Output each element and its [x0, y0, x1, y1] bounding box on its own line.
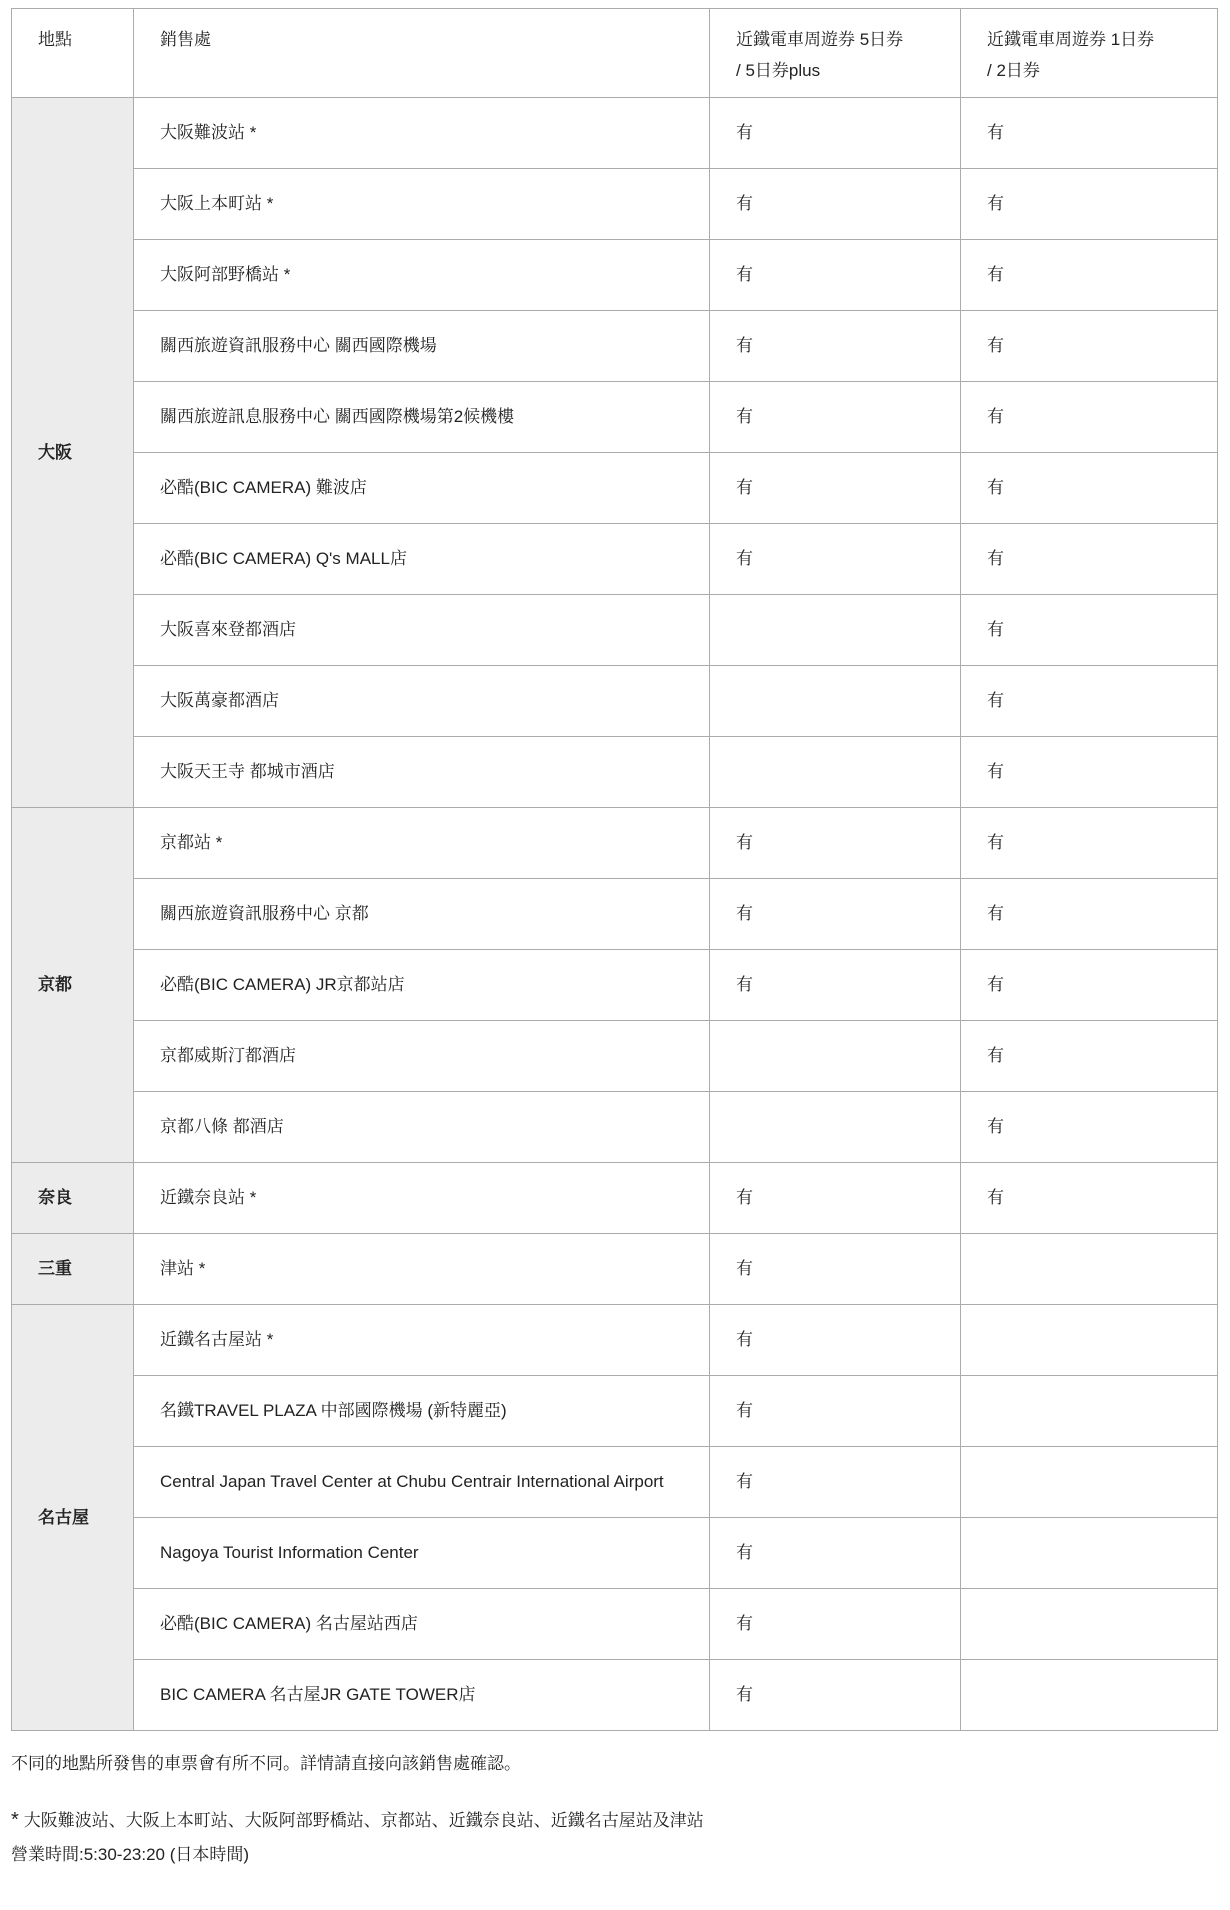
pass5-availability-cell — [710, 595, 961, 666]
sales-office-cell: 大阪喜來登都酒店 — [134, 595, 710, 666]
sales-locations-table: 地點 銷售處 近鐵電車周遊券 5日券 / 5日券plus 近鐵電車周遊券 1日券… — [11, 8, 1218, 1731]
pass1-availability-cell: 有 — [961, 1021, 1218, 1092]
pass5-availability-cell — [710, 737, 961, 808]
pass5-availability-cell: 有 — [710, 1589, 961, 1660]
sales-office-cell: 名鐵TRAVEL PLAZA 中部國際機場 (新特麗亞) — [134, 1376, 710, 1447]
pass1-availability-cell: 有 — [961, 169, 1218, 240]
table-row: 大阪阿部野橋站 *有有 — [12, 240, 1218, 311]
sales-office-cell: 必酷(BIC CAMERA) Q's MALL店 — [134, 524, 710, 595]
table-row: 奈良近鐵奈良站 *有有 — [12, 1163, 1218, 1234]
sales-table-body: 大阪大阪難波站 *有有大阪上本町站 *有有大阪阿部野橋站 *有有關西旅遊資訊服務… — [12, 98, 1218, 1731]
sales-office-cell: Central Japan Travel Center at Chubu Cen… — [134, 1447, 710, 1518]
table-row: 大阪大阪難波站 *有有 — [12, 98, 1218, 169]
pass5-availability-cell: 有 — [710, 808, 961, 879]
pass1-availability-cell: 有 — [961, 808, 1218, 879]
asterisk-marker: * — [11, 1809, 19, 1831]
table-row: 大阪萬豪都酒店有 — [12, 666, 1218, 737]
table-row: 關西旅遊資訊服務中心 京都有有 — [12, 879, 1218, 950]
pass1-availability-cell: 有 — [961, 524, 1218, 595]
pass5-availability-cell: 有 — [710, 1447, 961, 1518]
pass5-availability-cell: 有 — [710, 524, 961, 595]
table-row: Central Japan Travel Center at Chubu Cen… — [12, 1447, 1218, 1518]
pass1-availability-cell: 有 — [961, 382, 1218, 453]
asterisk-footnote: *大阪難波站、大阪上本町站、大阪阿部野橋站、京都站、近鐵奈良站、近鐵名古屋站及津… — [11, 1803, 1230, 1872]
sales-office-cell: 大阪萬豪都酒店 — [134, 666, 710, 737]
pass1-availability-cell: 有 — [961, 98, 1218, 169]
pass1-availability-cell: 有 — [961, 1092, 1218, 1163]
pass5-availability-cell — [710, 1092, 961, 1163]
table-row: 關西旅遊訊息服務中心 關西國際機場第2候機樓有有 — [12, 382, 1218, 453]
sales-office-cell: 近鐵奈良站 * — [134, 1163, 710, 1234]
pass1-availability-cell — [961, 1518, 1218, 1589]
table-row: Nagoya Tourist Information Center有 — [12, 1518, 1218, 1589]
pass1-availability-cell — [961, 1305, 1218, 1376]
pass5-availability-cell: 有 — [710, 240, 961, 311]
sales-office-cell: 大阪難波站 * — [134, 98, 710, 169]
pass5-availability-cell: 有 — [710, 950, 961, 1021]
pass5-availability-cell: 有 — [710, 1660, 961, 1731]
pass1-availability-cell — [961, 1234, 1218, 1305]
page-content: 地點 銷售處 近鐵電車周遊券 5日券 / 5日券plus 近鐵電車周遊券 1日券… — [0, 0, 1230, 1872]
pass1-availability-cell: 有 — [961, 1163, 1218, 1234]
pass5-availability-cell — [710, 666, 961, 737]
sales-office-cell: 京都八條 都酒店 — [134, 1092, 710, 1163]
pass1-availability-cell: 有 — [961, 950, 1218, 1021]
location-group-cell: 名古屋 — [12, 1305, 134, 1731]
pass5-availability-cell — [710, 1021, 961, 1092]
sales-office-cell: 關西旅遊資訊服務中心 京都 — [134, 879, 710, 950]
sales-office-header-label: 銷售處 — [160, 24, 685, 55]
sales-office-cell: 京都站 * — [134, 808, 710, 879]
pass1-availability-cell: 有 — [961, 595, 1218, 666]
table-row: 必酷(BIC CAMERA) 名古屋站西店有 — [12, 1589, 1218, 1660]
pass5-availability-cell: 有 — [710, 1305, 961, 1376]
pass1-availability-cell: 有 — [961, 240, 1218, 311]
sales-office-cell: 關西旅遊訊息服務中心 關西國際機場第2候機樓 — [134, 382, 710, 453]
pass5-availability-cell: 有 — [710, 1518, 961, 1589]
pass1-availability-cell — [961, 1589, 1218, 1660]
location-group-cell: 奈良 — [12, 1163, 134, 1234]
pass5-availability-cell: 有 — [710, 1163, 961, 1234]
asterisk-stations-text: 大阪難波站、大阪上本町站、大阪阿部野橋站、京都站、近鐵奈良站、近鐵名古屋站及津站 — [24, 1811, 704, 1830]
pass5-header-line2: / 5日券plus — [736, 55, 936, 86]
location-group-cell: 三重 — [12, 1234, 134, 1305]
sales-office-cell: Nagoya Tourist Information Center — [134, 1518, 710, 1589]
asterisk-stations-line: *大阪難波站、大阪上本町站、大阪阿部野橋站、京都站、近鐵奈良站、近鐵名古屋站及津… — [11, 1803, 1230, 1838]
pass1-availability-cell — [961, 1447, 1218, 1518]
pass1-header-line1: 近鐵電車周遊券 1日券 — [987, 24, 1193, 55]
table-row: 必酷(BIC CAMERA) JR京都站店有有 — [12, 950, 1218, 1021]
sales-office-cell: BIC CAMERA 名古屋JR GATE TOWER店 — [134, 1660, 710, 1731]
sales-office-cell: 近鐵名古屋站 * — [134, 1305, 710, 1376]
header-row: 地點 銷售處 近鐵電車周遊券 5日券 / 5日券plus 近鐵電車周遊券 1日券… — [12, 9, 1218, 98]
table-row: 京都京都站 *有有 — [12, 808, 1218, 879]
table-row: 必酷(BIC CAMERA) 難波店有有 — [12, 453, 1218, 524]
pass5-availability-cell: 有 — [710, 1234, 961, 1305]
pass1-availability-cell: 有 — [961, 311, 1218, 382]
sales-office-cell: 大阪上本町站 * — [134, 169, 710, 240]
sales-office-cell: 大阪阿部野橋站 * — [134, 240, 710, 311]
pass1-header-line2: / 2日券 — [987, 55, 1193, 86]
pass5-availability-cell: 有 — [710, 879, 961, 950]
pass5-availability-cell: 有 — [710, 1376, 961, 1447]
ticket-difference-note: 不同的地點所發售的車票會有所不同。詳情請直接向該銷售處確認。 — [11, 1751, 1230, 1777]
pass5-availability-cell: 有 — [710, 169, 961, 240]
pass5-header-cell: 近鐵電車周遊券 5日券 / 5日券plus — [710, 9, 961, 98]
pass1-availability-cell — [961, 1376, 1218, 1447]
sales-office-cell: 必酷(BIC CAMERA) 名古屋站西店 — [134, 1589, 710, 1660]
table-row: 必酷(BIC CAMERA) Q's MALL店有有 — [12, 524, 1218, 595]
sales-office-cell: 必酷(BIC CAMERA) 難波店 — [134, 453, 710, 524]
pass1-availability-cell: 有 — [961, 453, 1218, 524]
table-row: 大阪上本町站 *有有 — [12, 169, 1218, 240]
pass1-availability-cell: 有 — [961, 737, 1218, 808]
pass5-availability-cell: 有 — [710, 311, 961, 382]
pass5-header-line1: 近鐵電車周遊券 5日券 — [736, 24, 936, 55]
table-row: 名古屋近鐵名古屋站 *有 — [12, 1305, 1218, 1376]
table-row: 大阪喜來登都酒店有 — [12, 595, 1218, 666]
table-row: 三重津站 *有 — [12, 1234, 1218, 1305]
pass1-availability-cell: 有 — [961, 879, 1218, 950]
pass1-availability-cell: 有 — [961, 666, 1218, 737]
location-group-cell: 京都 — [12, 808, 134, 1163]
table-row: 京都八條 都酒店有 — [12, 1092, 1218, 1163]
sales-office-cell: 必酷(BIC CAMERA) JR京都站店 — [134, 950, 710, 1021]
sales-office-cell: 京都威斯汀都酒店 — [134, 1021, 710, 1092]
sales-office-cell: 關西旅遊資訊服務中心 關西國際機場 — [134, 311, 710, 382]
location-header-cell: 地點 — [12, 9, 134, 98]
table-row: 大阪天王寺 都城市酒店有 — [12, 737, 1218, 808]
table-row: 關西旅遊資訊服務中心 關西國際機場有有 — [12, 311, 1218, 382]
sales-office-cell: 津站 * — [134, 1234, 710, 1305]
business-hours-line: 營業時間:5:30-23:20 (日本時間) — [11, 1838, 1230, 1872]
location-header-label: 地點 — [38, 24, 109, 55]
pass5-availability-cell: 有 — [710, 98, 961, 169]
table-row: BIC CAMERA 名古屋JR GATE TOWER店有 — [12, 1660, 1218, 1731]
sales-office-cell: 大阪天王寺 都城市酒店 — [134, 737, 710, 808]
pass1-header-cell: 近鐵電車周遊券 1日券 / 2日券 — [961, 9, 1218, 98]
sales-office-header-cell: 銷售處 — [134, 9, 710, 98]
pass5-availability-cell: 有 — [710, 382, 961, 453]
table-row: 名鐵TRAVEL PLAZA 中部國際機場 (新特麗亞)有 — [12, 1376, 1218, 1447]
location-group-cell: 大阪 — [12, 98, 134, 808]
pass5-availability-cell: 有 — [710, 453, 961, 524]
pass1-availability-cell — [961, 1660, 1218, 1731]
table-row: 京都威斯汀都酒店有 — [12, 1021, 1218, 1092]
